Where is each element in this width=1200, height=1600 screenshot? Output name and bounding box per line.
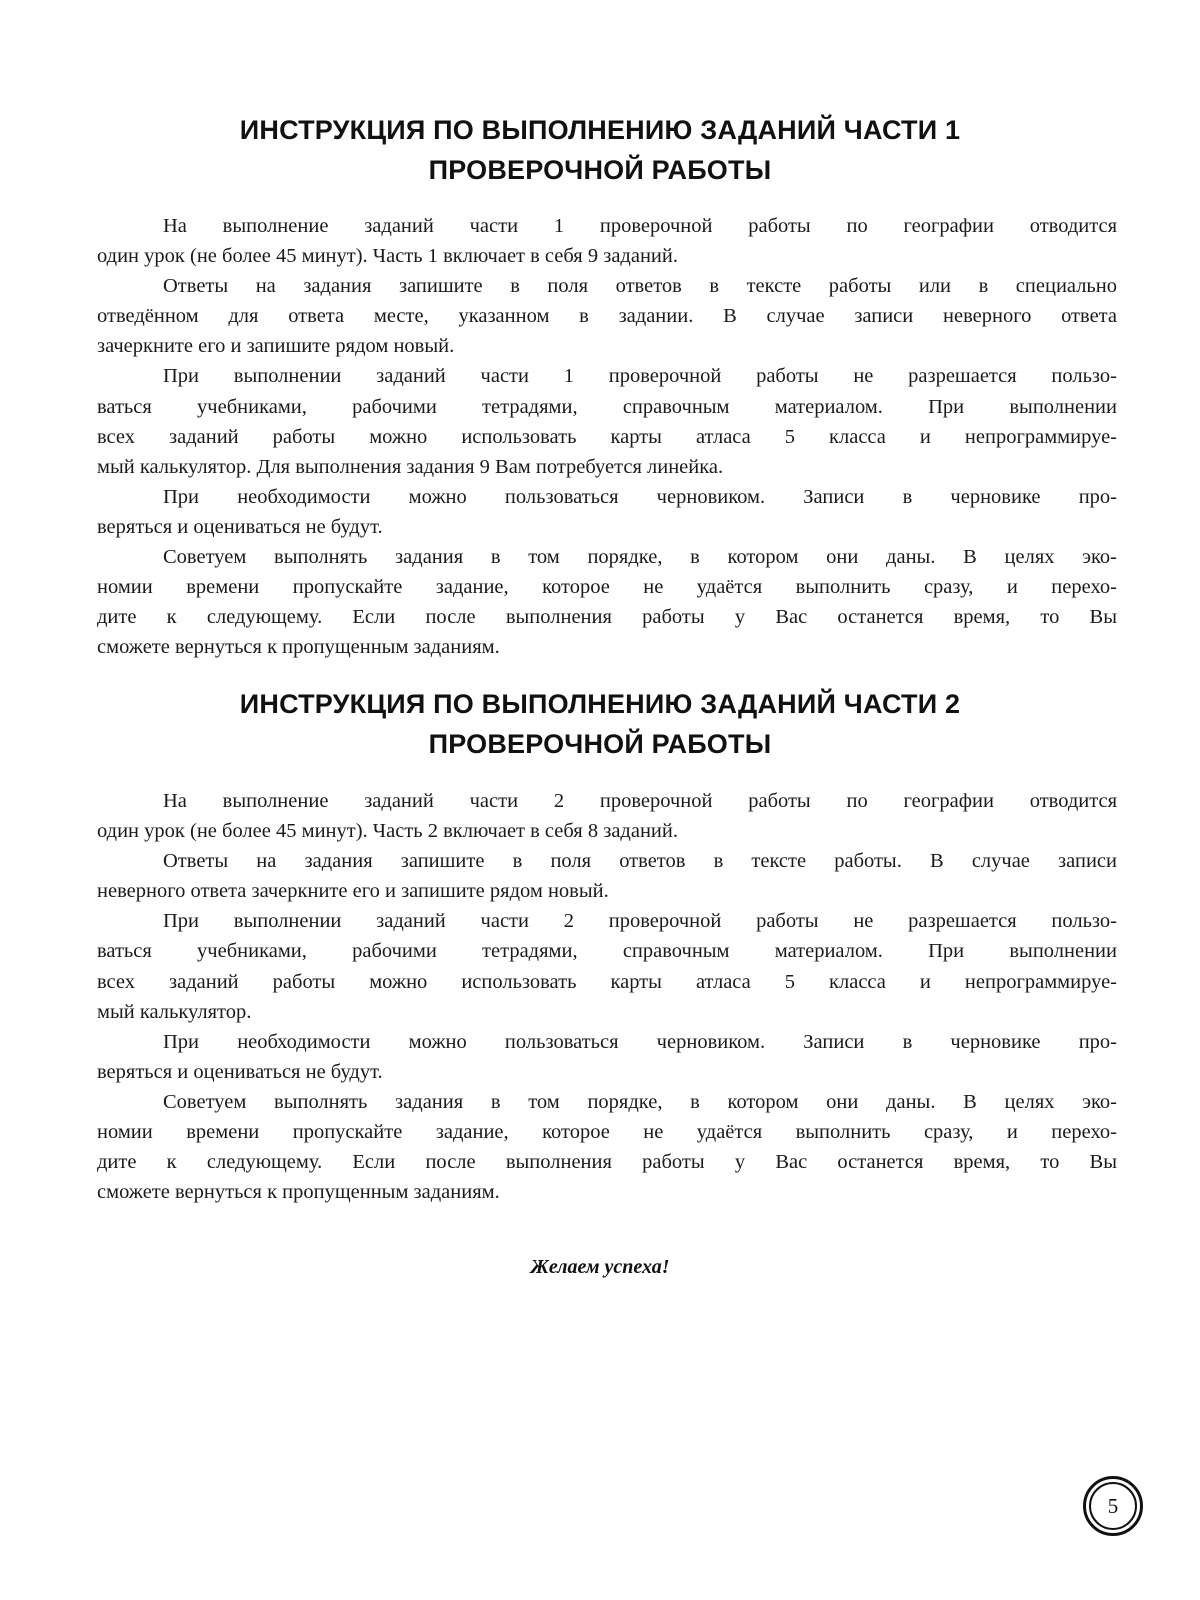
text-line: зачеркните его и запишите рядом новый. — [97, 331, 1117, 361]
text-line: При необходимости можно пользоваться чер… — [97, 1027, 1117, 1057]
document-page: ИНСТРУКЦИЯ ПО ВЫПОЛНЕНИЮ ЗАДАНИЙ ЧАСТИ 1… — [0, 0, 1200, 1600]
text-line: всех заданий работы можно использовать к… — [97, 422, 1117, 452]
text-line: При выполнении заданий части 1 проверочн… — [97, 361, 1117, 391]
text-line: один урок (не более 45 минут). Часть 2 в… — [97, 816, 1117, 846]
text-line: дите к следующему. Если после выполнения… — [97, 602, 1117, 632]
text-line: При выполнении заданий части 2 проверочн… — [97, 906, 1117, 936]
text-line: Советуем выполнять задания в том порядке… — [97, 542, 1117, 572]
heading-line: ИНСТРУКЦИЯ ПО ВЫПОЛНЕНИЮ ЗАДАНИЙ ЧАСТИ 2 — [120, 684, 1080, 724]
text-line: На выполнение заданий части 2 проверочно… — [97, 786, 1117, 816]
text-line: мый калькулятор. Для выполнения задания … — [97, 452, 1117, 482]
paragraph: При выполнении заданий части 2 проверочн… — [97, 906, 1117, 1026]
heading-line: ПРОВЕРОЧНОЙ РАБОТЫ — [120, 150, 1080, 190]
text-line: сможете вернуться к пропущенным заданиям… — [97, 1177, 1117, 1207]
paragraph: Советуем выполнять задания в том порядке… — [97, 1087, 1117, 1207]
text-line: неверного ответа зачеркните его и запиши… — [97, 876, 1117, 906]
text-line: отведённом для ответа месте, указанном в… — [97, 301, 1117, 331]
paragraph: При выполнении заданий части 1 проверочн… — [97, 361, 1117, 481]
paragraph: При необходимости можно пользоваться чер… — [97, 1027, 1117, 1087]
text-line: Ответы на задания запишите в поля ответо… — [97, 271, 1117, 301]
text-line: один урок (не более 45 минут). Часть 1 в… — [97, 241, 1117, 271]
page-number-badge: 5 — [1083, 1476, 1143, 1536]
text-line: Советуем выполнять задания в том порядке… — [97, 1087, 1117, 1117]
section2-heading: ИНСТРУКЦИЯ ПО ВЫПОЛНЕНИЮ ЗАДАНИЙ ЧАСТИ 2… — [120, 684, 1080, 764]
section2-body: На выполнение заданий части 2 проверочно… — [97, 786, 1117, 1207]
text-line: номии времени пропускайте задание, котор… — [97, 572, 1117, 602]
paragraph: При необходимости можно пользоваться чер… — [97, 482, 1117, 542]
text-line: всех заданий работы можно использовать к… — [97, 967, 1117, 997]
heading-line: ИНСТРУКЦИЯ ПО ВЫПОЛНЕНИЮ ЗАДАНИЙ ЧАСТИ 1 — [120, 110, 1080, 150]
text-line: номии времени пропускайте задание, котор… — [97, 1117, 1117, 1147]
page-number: 5 — [1089, 1482, 1137, 1530]
text-line: Ответы на задания запишите в поля ответо… — [97, 846, 1117, 876]
section1-heading: ИНСТРУКЦИЯ ПО ВЫПОЛНЕНИЮ ЗАДАНИЙ ЧАСТИ 1… — [120, 110, 1080, 190]
paragraph: На выполнение заданий части 1 проверочно… — [97, 211, 1117, 271]
text-line: На выполнение заданий части 1 проверочно… — [97, 211, 1117, 241]
closing-wish: Желаем успеха! — [0, 1256, 1200, 1279]
text-line: ваться учебниками, рабочими тетрадями, с… — [97, 936, 1117, 966]
text-line: сможете вернуться к пропущенным заданиям… — [97, 632, 1117, 662]
paragraph: На выполнение заданий части 2 проверочно… — [97, 786, 1117, 846]
text-line: ваться учебниками, рабочими тетрадями, с… — [97, 392, 1117, 422]
text-line: дите к следующему. Если после выполнения… — [97, 1147, 1117, 1177]
text-line: веряться и оцениваться не будут. — [97, 512, 1117, 542]
paragraph: Ответы на задания запишите в поля ответо… — [97, 846, 1117, 906]
text-line: веряться и оцениваться не будут. — [97, 1057, 1117, 1087]
text-line: мый калькулятор. — [97, 997, 1117, 1027]
paragraph: Ответы на задания запишите в поля ответо… — [97, 271, 1117, 361]
paragraph: Советуем выполнять задания в том порядке… — [97, 542, 1117, 662]
text-line: При необходимости можно пользоваться чер… — [97, 482, 1117, 512]
heading-line: ПРОВЕРОЧНОЙ РАБОТЫ — [120, 724, 1080, 764]
section1-body: На выполнение заданий части 1 проверочно… — [97, 211, 1117, 662]
